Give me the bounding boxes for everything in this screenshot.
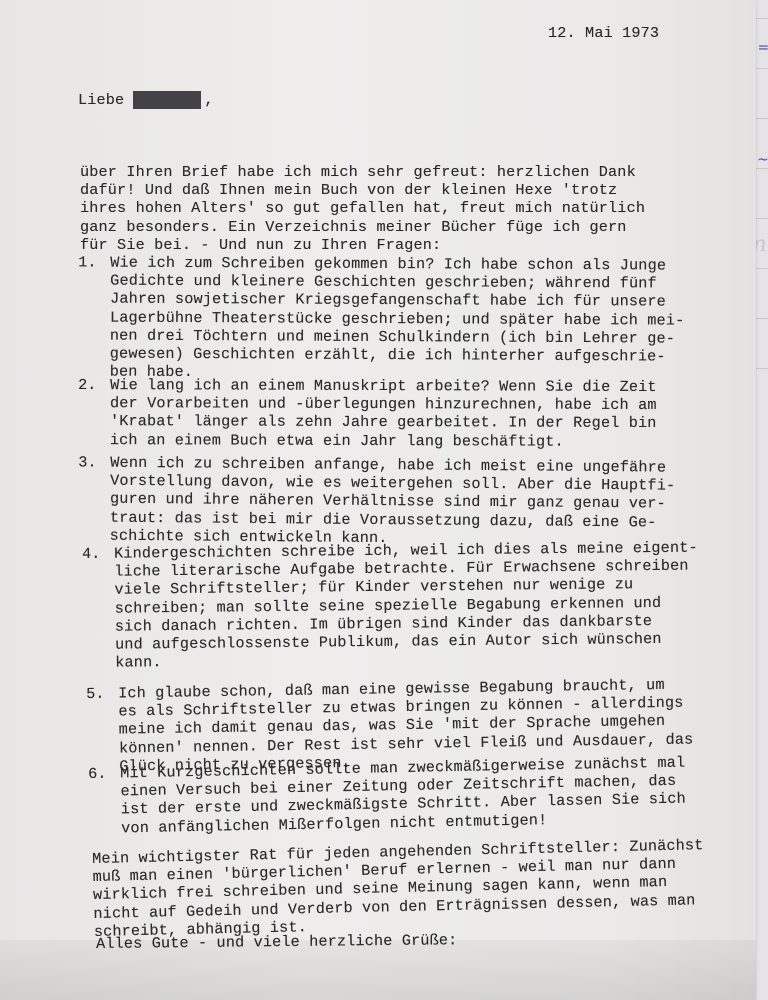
answer-number: 1.	[78, 253, 111, 381]
answer-number: 2.	[78, 376, 110, 449]
answer-item: 3. Wenn ich zu schreiben anfange, habe i…	[78, 453, 676, 549]
letter-sheet: 12. Mai 1973 Liebe , über Ihren Brief ha…	[0, 0, 756, 1000]
answer-number: 4.	[82, 545, 115, 673]
answer-number: 5.	[86, 684, 119, 776]
answer-text: Kindergeschichten schreibe ich, weil ich…	[114, 539, 699, 673]
answer-item: 4. Kindergeschichten schreibe ich, weil …	[82, 539, 699, 673]
answer-item: 6. Mit Kurzgeschichten sollte man zweckm…	[88, 754, 686, 838]
salutation-prefix: Liebe	[78, 91, 124, 109]
redacted-recipient-name	[133, 91, 201, 109]
answer-number: 3.	[78, 453, 111, 544]
answer-item: 1. Wie ich zum Schreiben gekommen bin? I…	[78, 253, 685, 384]
answer-number: 6.	[88, 764, 121, 837]
letter-date: 12. Mai 1973	[548, 24, 659, 42]
salutation-suffix: ,	[204, 91, 213, 109]
answer-text: Wie ich zum Schreiben gekommen bin? Ich …	[110, 254, 685, 384]
answer-text: Wenn ich zu schreiben anfange, habe ich …	[110, 454, 676, 550]
ink-mark: ~	[757, 152, 768, 168]
answer-text: Wie lang ich an einem Manuskript arbeite…	[110, 376, 657, 451]
answer-text: Mit Kurzgeschichten sollte man zweckmäßi…	[120, 754, 686, 838]
photo-shadow	[0, 940, 756, 1000]
answer-item: 2. Wie lang ich an einem Manuskript arbe…	[78, 376, 657, 451]
salutation: Liebe ,	[78, 91, 214, 109]
intro-paragraph: über Ihren Brief habe ich mich sehr gefr…	[80, 163, 645, 254]
advice-paragraph: Mein wichtigster Rat für jeden angehende…	[92, 836, 705, 941]
